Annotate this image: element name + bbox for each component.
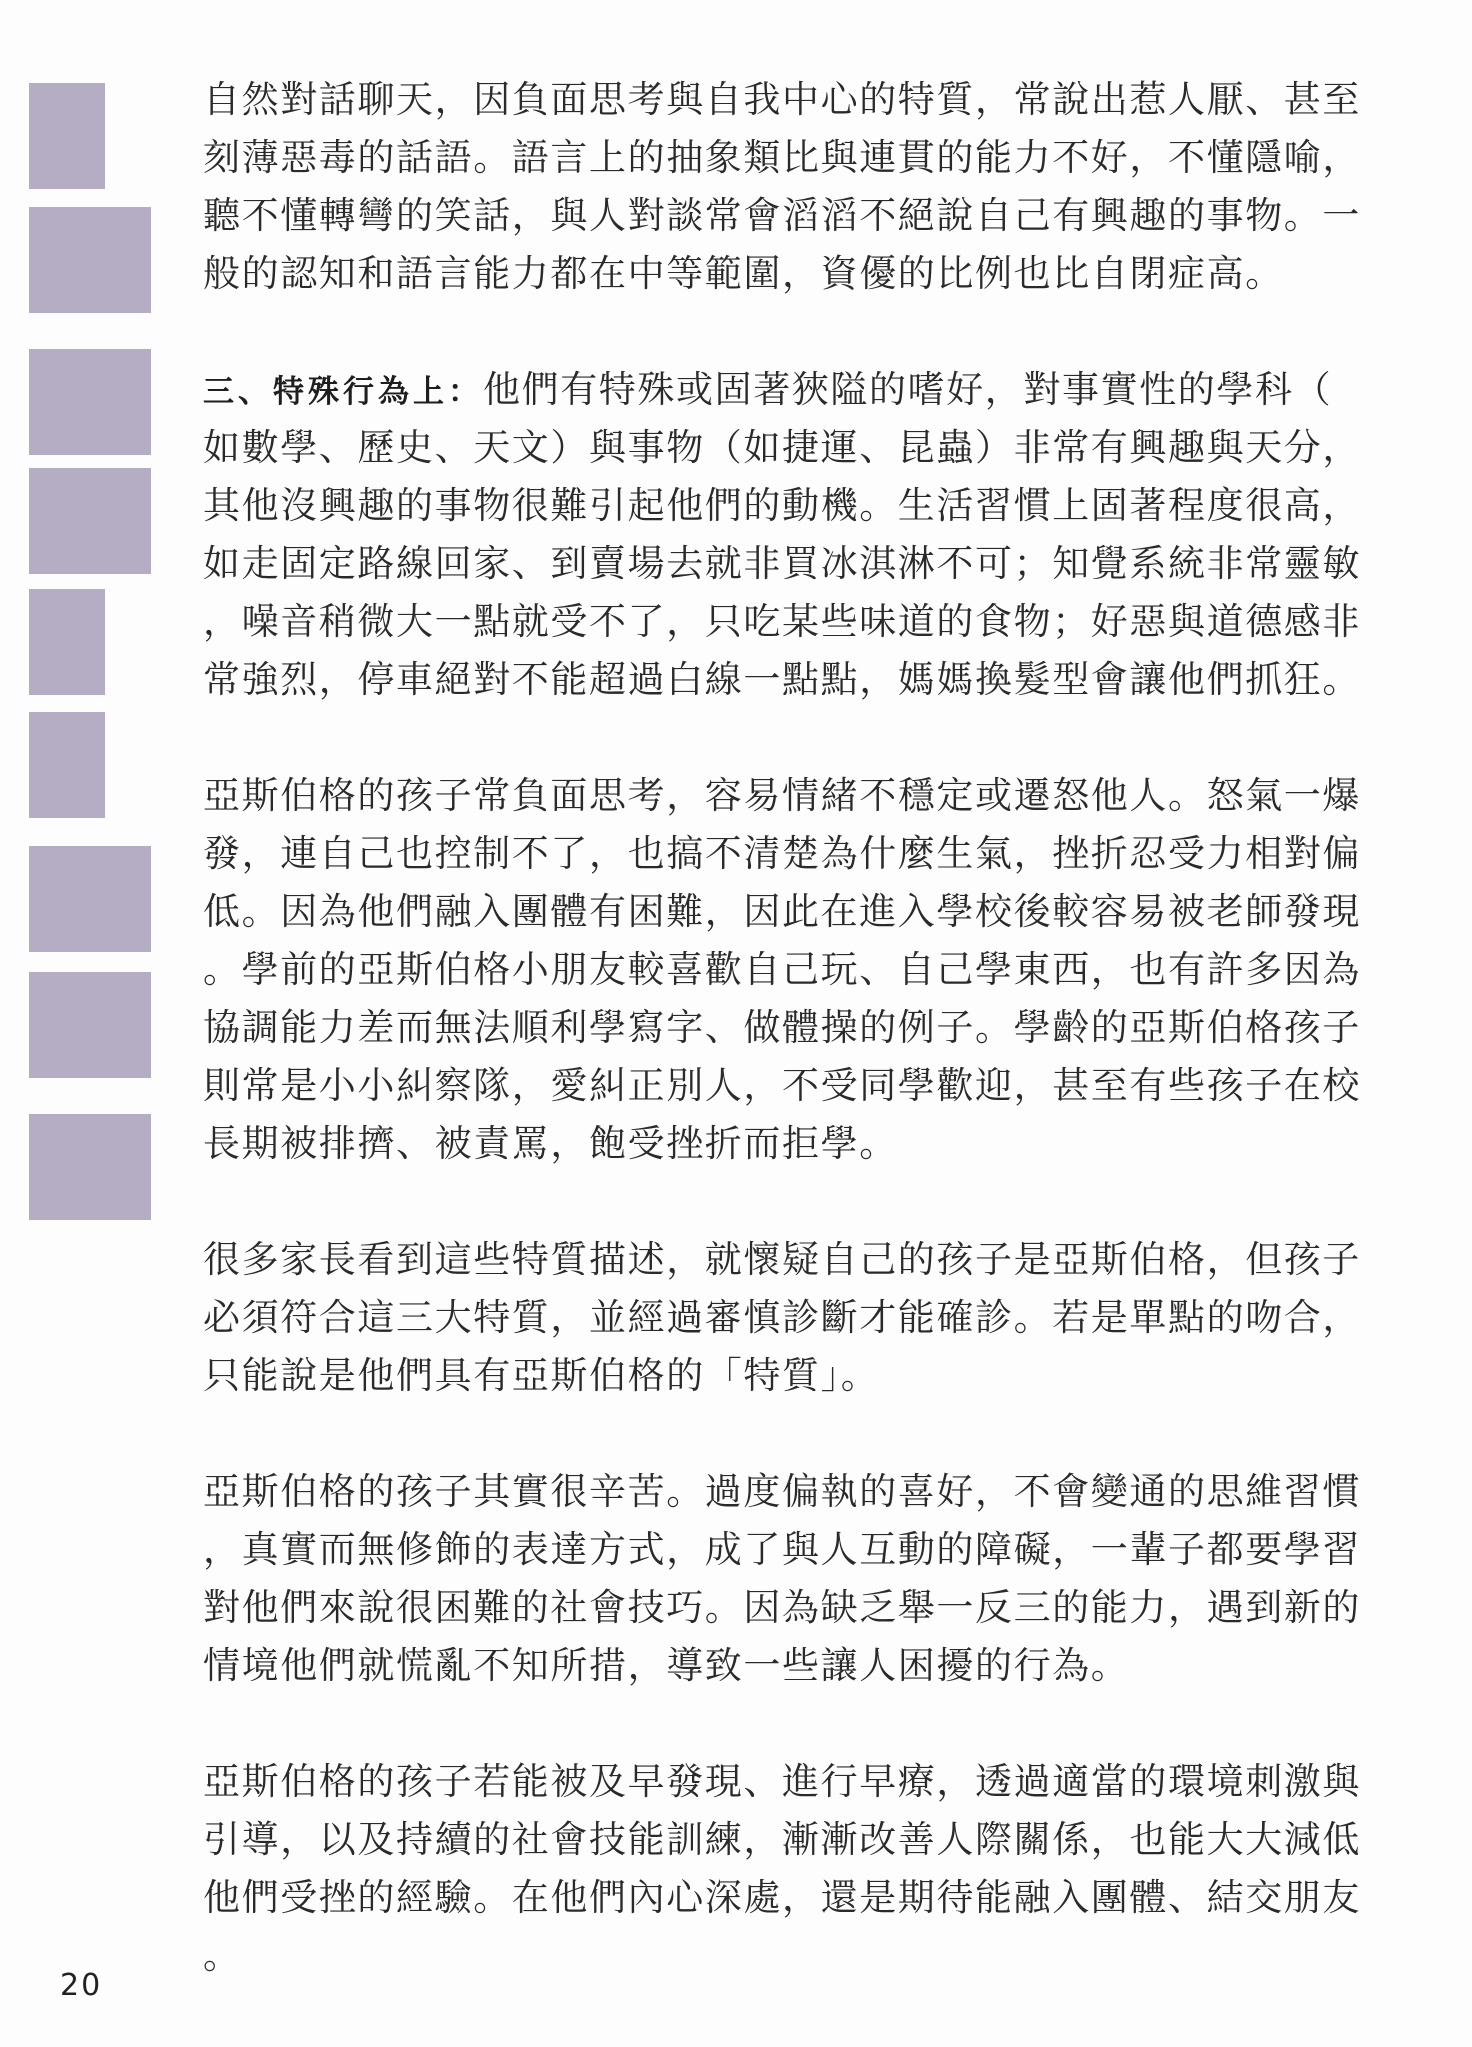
- text-line: 低。因為他們融入團體有困難，因此在進入學校後較容易被老師發現: [203, 883, 1393, 941]
- text-line: 必須符合這三大特質，並經過審慎診斷才能確診。若是單點的吻合，: [203, 1289, 1393, 1347]
- section-heading: 三、特殊行為上：: [203, 374, 483, 410]
- text-line: 般的認知和語言能力都在中等範圍，資優的比例也比自閉症高。: [203, 245, 1393, 303]
- text-line: 自然對話聊天，因負面思考與自我中心的特質，常說出惹人厭、甚至: [203, 71, 1393, 129]
- text-line: 引導，以及持續的社會技能訓練，漸漸改善人際關係，也能大大減低: [203, 1811, 1393, 1869]
- sidebar-tab-block: [29, 589, 105, 695]
- text-line: 刻薄惡毒的話語。語言上的抽象類比與連貫的能力不好，不懂隱喻，: [203, 129, 1393, 187]
- text-line: 如走固定路線回家、到賣場去就非買冰淇淋不可；知覺系統非常靈敏: [203, 535, 1393, 593]
- text-line: 如數學、歷史、天文）與事物（如捷運、昆蟲）非常有興趣與天分，: [203, 419, 1393, 477]
- text-line: 他們受挫的經驗。在他們內心深處，還是期待能融入團體、結交朋友: [203, 1869, 1393, 1927]
- text-line: 對他們來說很困難的社會技巧。因為缺乏舉一反三的能力，遇到新的: [203, 1579, 1393, 1637]
- text-line: ，真實而無修飾的表達方式，成了與人互動的障礙，一輩子都要學習: [203, 1521, 1393, 1579]
- text-line: 長期被排擠、被責罵，飽受挫折而拒學。: [203, 1115, 1393, 1173]
- text-line: 協調能力差而無法順利學寫字、做體操的例子。學齡的亞斯伯格孩子: [203, 999, 1393, 1057]
- text-line: 則常是小小糾察隊，愛糾正別人，不受同學歡迎，甚至有些孩子在校: [203, 1057, 1393, 1115]
- page-number: 20: [60, 1968, 102, 2003]
- text-line: 亞斯伯格的孩子其實很辛苦。過度偏執的喜好，不會變通的思維習慣: [203, 1463, 1393, 1521]
- paragraph-early-intervention: 亞斯伯格的孩子若能被及早發現、進行早療，透過適當的環境刺激與 引導，以及持續的社…: [203, 1753, 1393, 1985]
- sidebar-tab-block: [29, 1114, 151, 1220]
- sidebar-tab-block: [29, 349, 151, 455]
- text-line: ，噪音稍微大一點就受不了，只吃某些味道的食物；好惡與道德感非: [203, 593, 1393, 651]
- text-line: 亞斯伯格的孩子若能被及早發現、進行早療，透過適當的環境刺激與: [203, 1753, 1393, 1811]
- text-run: 他們有特殊或固著狹隘的嗜好，對事實性的學科（: [483, 368, 1332, 411]
- text-line: 發，連自己也控制不了，也搞不清楚為什麼生氣，挫折忍受力相對偏: [203, 825, 1393, 883]
- paragraph-emotions: 亞斯伯格的孩子常負面思考，容易情緒不穩定或遷怒他人。怒氣一爆 發，連自己也控制不…: [203, 767, 1393, 1173]
- text-line: 只能說是他們具有亞斯伯格的「特質」。: [203, 1347, 1393, 1405]
- text-line: 很多家長看到這些特質描述，就懷疑自己的孩子是亞斯伯格，但孩子: [203, 1231, 1393, 1289]
- paragraph-difficulties: 亞斯伯格的孩子其實很辛苦。過度偏執的喜好，不會變通的思維習慣 ，真實而無修飾的表…: [203, 1463, 1393, 1695]
- text-line: 。學前的亞斯伯格小朋友較喜歡自己玩、自己學東西，也有許多因為: [203, 941, 1393, 999]
- sidebar-tab-block: [29, 972, 151, 1078]
- sidebar-tab-block: [29, 712, 105, 818]
- text-line: 其他沒興趣的事物很難引起他們的動機。生活習慣上固著程度很高，: [203, 477, 1393, 535]
- text-line: 亞斯伯格的孩子常負面思考，容易情緒不穩定或遷怒他人。怒氣一爆: [203, 767, 1393, 825]
- text-line: 常強烈，停車絕對不能超過白線一點點，媽媽換髮型會讓他們抓狂。: [203, 651, 1393, 709]
- text-line: 。: [203, 1927, 1393, 1985]
- paragraph-special-behavior: 三、特殊行為上：他們有特殊或固著狹隘的嗜好，對事實性的學科（ 如數學、歷史、天文…: [203, 361, 1393, 709]
- body-text: 自然對話聊天，因負面思考與自我中心的特質，常說出惹人厭、甚至 刻薄惡毒的話語。語…: [203, 71, 1393, 2043]
- paragraph-diagnosis: 很多家長看到這些特質描述，就懷疑自己的孩子是亞斯伯格，但孩子 必須符合這三大特質…: [203, 1231, 1393, 1405]
- text-line: 三、特殊行為上：他們有特殊或固著狹隘的嗜好，對事實性的學科（: [203, 361, 1393, 419]
- text-line: 聽不懂轉彎的笑話，與人對談常會滔滔不絕說自己有興趣的事物。一: [203, 187, 1393, 245]
- sidebar-tab-block: [29, 83, 105, 189]
- paragraph-communication: 自然對話聊天，因負面思考與自我中心的特質，常說出惹人厭、甚至 刻薄惡毒的話語。語…: [203, 71, 1393, 303]
- sidebar-tab-block: [29, 468, 151, 574]
- sidebar-tab-block: [29, 846, 151, 952]
- text-line: 情境他們就慌亂不知所措，導致一些讓人困擾的行為。: [203, 1637, 1393, 1695]
- sidebar-tab-block: [29, 207, 151, 313]
